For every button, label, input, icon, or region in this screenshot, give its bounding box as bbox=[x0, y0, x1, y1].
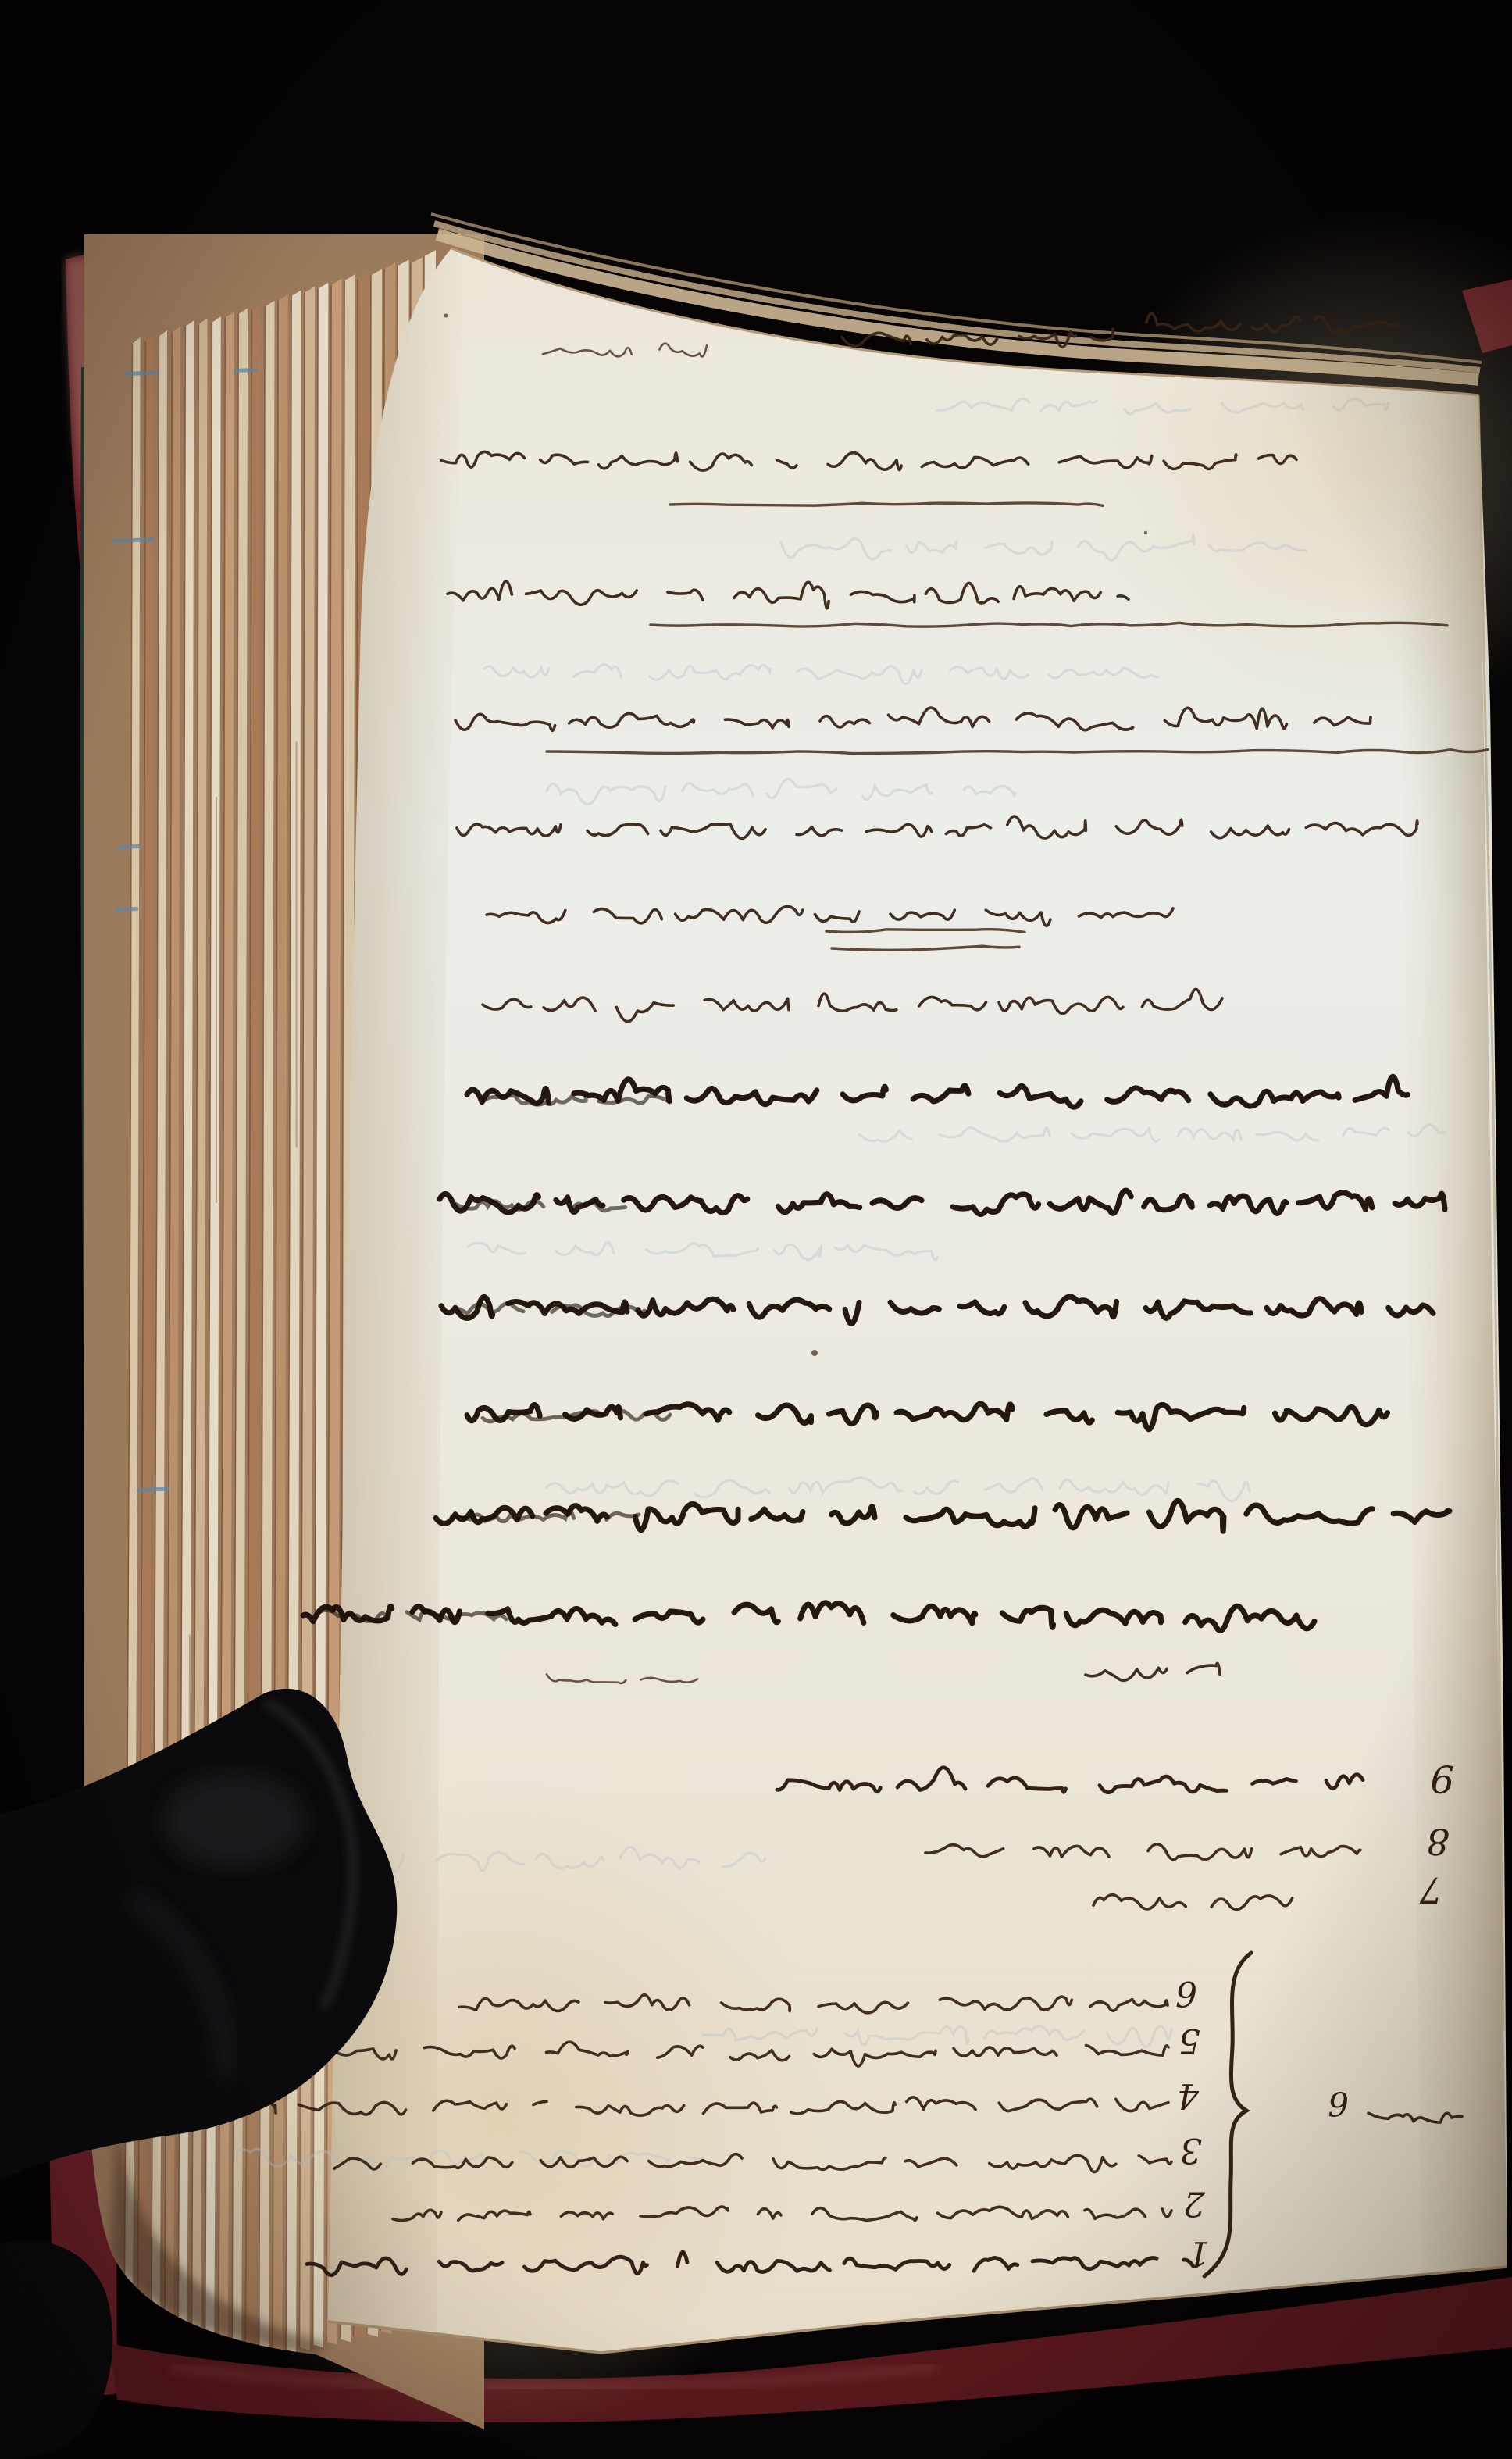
notebook-photo: 9876543216 bbox=[0, 0, 1512, 2459]
photo-vignette bbox=[0, 0, 1512, 2459]
photo-stage: 9876543216 bbox=[0, 0, 1512, 2459]
